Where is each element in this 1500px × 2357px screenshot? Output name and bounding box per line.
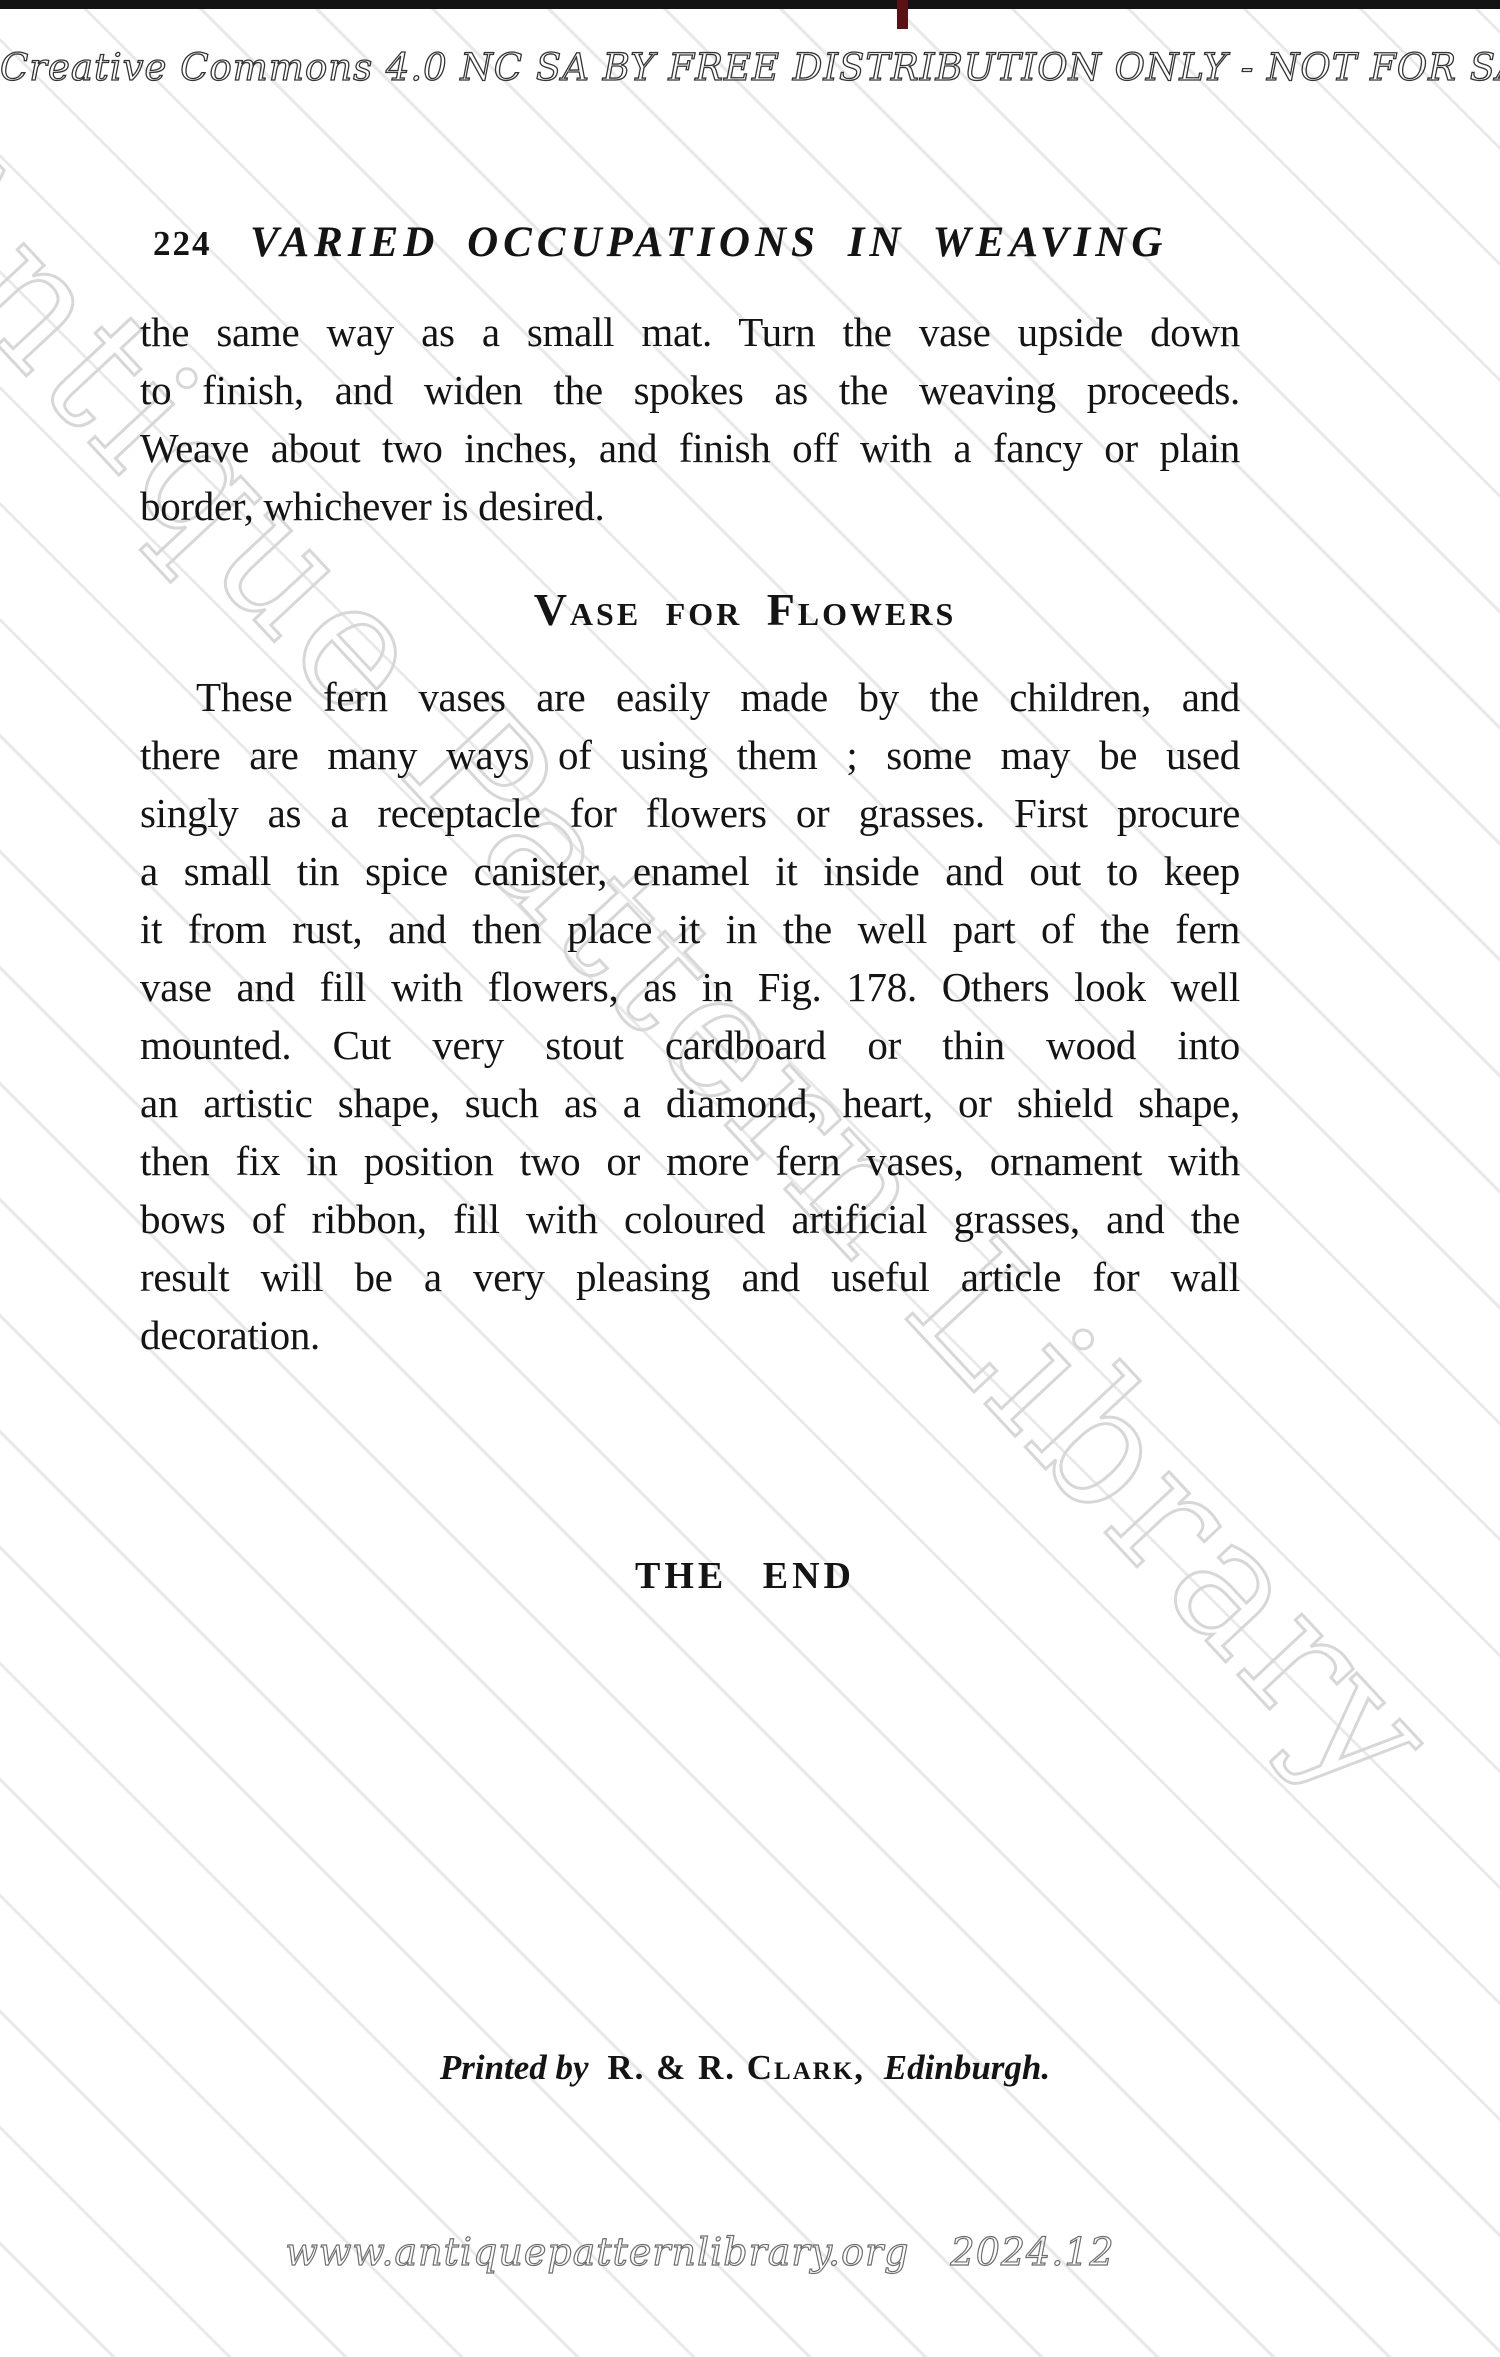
text-line: mounted. Cut very stout cardboard or thi…	[140, 1016, 1240, 1074]
text-line: Weave about two inches, and finish off w…	[140, 419, 1240, 477]
text-line: border, whichever is desired.	[140, 477, 1240, 535]
book-page: Antique Pattern Library Creative Commons…	[0, 0, 1500, 2357]
text-line: it from rust, and then place it in the w…	[140, 900, 1240, 958]
paragraph: These fern vases are easily made by the …	[140, 668, 1240, 1364]
license-banner: Creative Commons 4.0 NC SA BY FREE DISTR…	[0, 46, 1400, 89]
page-number: 224	[153, 224, 212, 264]
printer-name: R. & R. Clark,	[607, 2048, 865, 2087]
footer-url: www.antiquepatternlibrary.org	[285, 2230, 909, 2274]
section-heading: Vase for Flowers	[140, 583, 1350, 636]
text-line: bows of ribbon, fill with coloured artif…	[140, 1190, 1240, 1248]
printer-imprint: Printed by R. & R. Clark, Edinburgh.	[140, 2048, 1350, 2088]
text-line: then fix in position two or more fern va…	[140, 1132, 1240, 1190]
paragraph: the same way as a small mat. Turn the va…	[140, 303, 1240, 535]
text-line: vase and fill with flowers, as in Fig. 1…	[140, 958, 1240, 1016]
printed-by-text: Printed by	[440, 2048, 589, 2087]
text-line: the same way as a small mat. Turn the va…	[140, 303, 1240, 361]
scan-edge-bar	[0, 0, 1500, 9]
text-line: These fern vases are easily made by the …	[140, 668, 1240, 726]
text-line: there are many ways of using them ; some…	[140, 726, 1240, 784]
printer-city: Edinburgh.	[884, 2048, 1050, 2087]
site-footer: www.antiquepatternlibrary.org 2024.12	[0, 2230, 1400, 2274]
text-line: singly as a receptacle for flowers or gr…	[140, 784, 1240, 842]
text-line: to finish, and widen the spokes as the w…	[140, 361, 1240, 419]
running-header: VARIED OCCUPATIONS IN WEAVING	[250, 218, 1110, 267]
the-end-label: THE END	[140, 1554, 1350, 1598]
text-line: an artistic shape, such as a diamond, he…	[140, 1074, 1240, 1132]
text-line: result will be a very pleasing and usefu…	[140, 1248, 1240, 1306]
text-line: decoration.	[140, 1306, 1240, 1364]
text-line: a small tin spice canister, enamel it in…	[140, 842, 1240, 900]
footer-edition: 2024.12	[951, 2230, 1115, 2274]
scan-artifact-mark	[897, 0, 908, 29]
